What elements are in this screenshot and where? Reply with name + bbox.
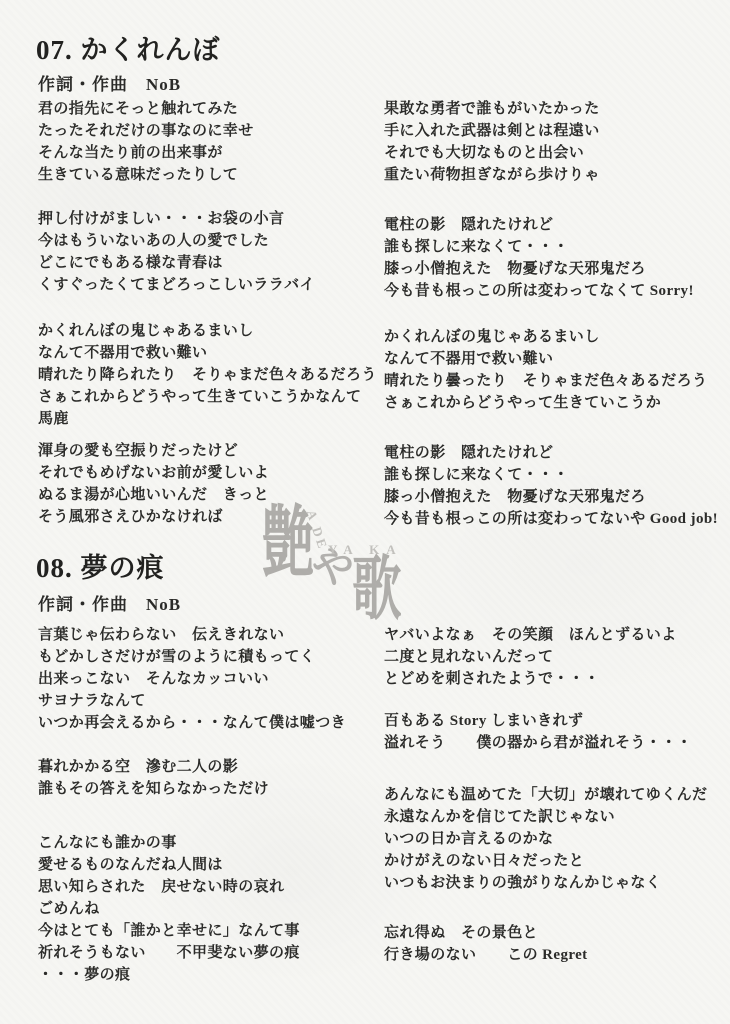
lyric-line: ぬるま湯が心地いいんだ きっと xyxy=(38,484,383,506)
lyric-line: 手に入れた武器は剣とは程遠い xyxy=(384,120,729,142)
song-08-left-verse-2: 暮れかかる空 滲む二人の影誰もその答えを知らなかっただけ xyxy=(38,756,383,800)
song-08-title: 08. 夢の痕 xyxy=(36,546,165,585)
song-08-right-verse-3: あんなにも温めてた「大切」が壊れてゆくんだ永遠なんかを信じてた訳じゃないいつの日… xyxy=(384,784,729,894)
lyric-line: 晴れたり降られたり そりゃまだ色々あるだろう xyxy=(38,364,383,386)
lyric-line: こんなにも誰かの事 xyxy=(38,832,383,854)
lyric-line: それでも大切なものと出会い xyxy=(384,142,729,164)
lyric-line: いつもお決まりの強がりなんかじゃなく xyxy=(384,872,729,894)
song-08-credit: 作詞・作曲 NoB xyxy=(38,590,181,615)
lyric-line: 溢れそう 僕の器から君が溢れそう・・・ xyxy=(384,732,729,754)
lyric-line: 思い知らされた 戻せない時の哀れ xyxy=(38,876,383,898)
lyric-line: 永遠なんかを信じてた訳じゃない xyxy=(384,806,729,828)
lyric-line: それでもめげないお前が愛しいよ xyxy=(38,462,383,484)
lyric-line: 果敢な勇者で誰もがいたかった xyxy=(384,98,729,120)
song-08-right-verse-2: 百もある Story しまいきれず溢れそう 僕の器から君が溢れそう・・・ xyxy=(384,710,729,754)
lyric-line: さぁこれからどうやって生きていこうか xyxy=(384,392,729,414)
song-07-left-verse-1: 君の指先にそっと触れてみたたったそれだけの事なのに幸せそんな当たり前の出来事が生… xyxy=(38,98,383,186)
lyric-line: 出来っこない そんなカッコいい xyxy=(38,668,383,690)
lyric-line: さぁこれからどうやって生きていこうかなんて xyxy=(38,386,383,408)
lyric-line: 渾身の愛も空振りだったけど xyxy=(38,440,383,462)
lyric-line: 行き場のない この Regret xyxy=(384,944,729,966)
song-07-credit: 作詞・作曲 NoB xyxy=(38,70,181,95)
lyrics-page: 07. かくれんぼ 作詞・作曲 NoB 君の指先にそっと触れてみたたったそれだけ… xyxy=(0,0,730,1024)
lyric-line: あんなにも温めてた「大切」が壊れてゆくんだ xyxy=(384,784,729,806)
lyric-line: 誰もその答えを知らなかっただけ xyxy=(38,778,383,800)
song-07-right-verse-1: 果敢な勇者で誰もがいたかった手に入れた武器は剣とは程遠いそれでも大切なものと出会… xyxy=(384,98,729,186)
lyric-line: くすぐったくてまどろっこしいララバイ xyxy=(38,274,383,296)
lyric-line: 重たい荷物担ぎながら歩けりゃ xyxy=(384,164,729,186)
lyric-line: かくれんぼの鬼じゃあるまいし xyxy=(384,326,729,348)
lyric-line: 愛せるものなんだね人間は xyxy=(38,854,383,876)
lyric-line: 晴れたり曇ったり そりゃまだ色々あるだろう xyxy=(384,370,729,392)
lyric-line: なんて不器用で救い難い xyxy=(38,342,383,364)
lyric-line: 生きている意味だったりして xyxy=(38,164,383,186)
lyric-line: もどかしさだけが雪のように積もってく xyxy=(38,646,383,668)
lyric-line: そう風邪さえひかなければ xyxy=(38,506,383,528)
lyric-line: 君の指先にそっと触れてみた xyxy=(38,98,383,120)
song-07-left-verse-4: 渾身の愛も空振りだったけどそれでもめげないお前が愛しいよぬるま湯が心地いいんだ … xyxy=(38,440,383,528)
lyric-line: 二度と見れないんだって xyxy=(384,646,729,668)
song-07-right-verse-3: かくれんぼの鬼じゃあるまいしなんて不器用で救い難い晴れたり曇ったり そりゃまだ色… xyxy=(384,326,729,414)
song-08-right-verse-4: 忘れ得ぬ その景色と行き場のない この Regret xyxy=(384,922,729,966)
lyric-line: どこにでもある様な青春は xyxy=(38,252,383,274)
lyric-line: 誰も探しに来なくて・・・ xyxy=(384,464,729,486)
lyric-line: 誰も探しに来なくて・・・ xyxy=(384,236,729,258)
lyric-line: 今も昔も根っこの所は変わってないや Good job! xyxy=(384,508,729,530)
watermark-kana-ya: や xyxy=(312,548,354,590)
song-07-right-verse-4: 電柱の影 隠れたけれど誰も探しに来なくて・・・膝っ小僧抱えた 物憂げな天邪鬼だろ… xyxy=(384,442,729,530)
lyric-line: とどめを刺されたようで・・・ xyxy=(384,668,729,690)
watermark-roman-yaka: YA KA xyxy=(328,542,403,558)
watermark-kanji-uta: 歌 xyxy=(352,556,402,625)
lyric-line: 膝っ小僧抱えた 物憂げな天邪鬼だろ xyxy=(384,258,729,280)
lyric-line: ごめんね xyxy=(38,898,383,920)
lyric-line: 電柱の影 隠れたけれど xyxy=(384,442,729,464)
lyric-line: 馬鹿 xyxy=(38,408,383,430)
lyric-line: 忘れ得ぬ その景色と xyxy=(384,922,729,944)
lyric-line: たったそれだけの事なのに幸せ xyxy=(38,120,383,142)
lyric-line: いつの日か言えるのかな xyxy=(384,828,729,850)
lyric-line: そんな当たり前の出来事が xyxy=(38,142,383,164)
song-08-left-verse-3: こんなにも誰かの事愛せるものなんだね人間は思い知らされた 戻せない時の哀れごめん… xyxy=(38,832,383,986)
lyric-line: いつか再会えるから・・・なんて僕は嘘つき xyxy=(38,712,383,734)
lyric-line: 暮れかかる空 滲む二人の影 xyxy=(38,756,383,778)
lyric-line: 今はとても「誰かと幸せに」なんて事 xyxy=(38,920,383,942)
lyric-line: なんて不器用で救い難い xyxy=(384,348,729,370)
lyric-line: かけがえのない日々だったと xyxy=(384,850,729,872)
lyric-line: サヨナラなんて xyxy=(38,690,383,712)
lyric-line: 今も昔も根っこの所は変わってなくて Sorry! xyxy=(384,280,729,302)
lyric-line: 今はもういないあの人の愛でした xyxy=(38,230,383,252)
song-08-left-verse-1: 言葉じゃ伝わらない 伝えきれないもどかしさだけが雪のように積もってく出来っこない… xyxy=(38,624,383,734)
song-07-title: 07. かくれんぼ xyxy=(36,28,221,67)
song-07-right-verse-2: 電柱の影 隠れたけれど誰も探しに来なくて・・・膝っ小僧抱えた 物憂げな天邪鬼だろ… xyxy=(384,214,729,302)
lyric-line: 言葉じゃ伝わらない 伝えきれない xyxy=(38,624,383,646)
lyric-line: 押し付けがましい・・・お袋の小言 xyxy=(38,208,383,230)
lyric-line: ・・・夢の痕 xyxy=(38,964,383,986)
song-08-right-verse-1: ヤバいよなぁ その笑顔 ほんとずるいよ二度と見れないんだってとどめを刺されたよう… xyxy=(384,624,729,690)
song-07-left-verse-3: かくれんぼの鬼じゃあるまいしなんて不器用で救い難い晴れたり降られたり そりゃまだ… xyxy=(38,320,383,430)
lyric-line: ヤバいよなぁ その笑顔 ほんとずるいよ xyxy=(384,624,729,646)
lyric-line: 膝っ小僧抱えた 物憂げな天邪鬼だろ xyxy=(384,486,729,508)
lyric-line: かくれんぼの鬼じゃあるまいし xyxy=(38,320,383,342)
lyric-line: 電柱の影 隠れたけれど xyxy=(384,214,729,236)
lyric-line: 祈れそうもない 不甲斐ない夢の痕 xyxy=(38,942,383,964)
lyric-line: 百もある Story しまいきれず xyxy=(384,710,729,732)
song-07-left-verse-2: 押し付けがましい・・・お袋の小言今はもういないあの人の愛でしたどこにでもある様な… xyxy=(38,208,383,296)
